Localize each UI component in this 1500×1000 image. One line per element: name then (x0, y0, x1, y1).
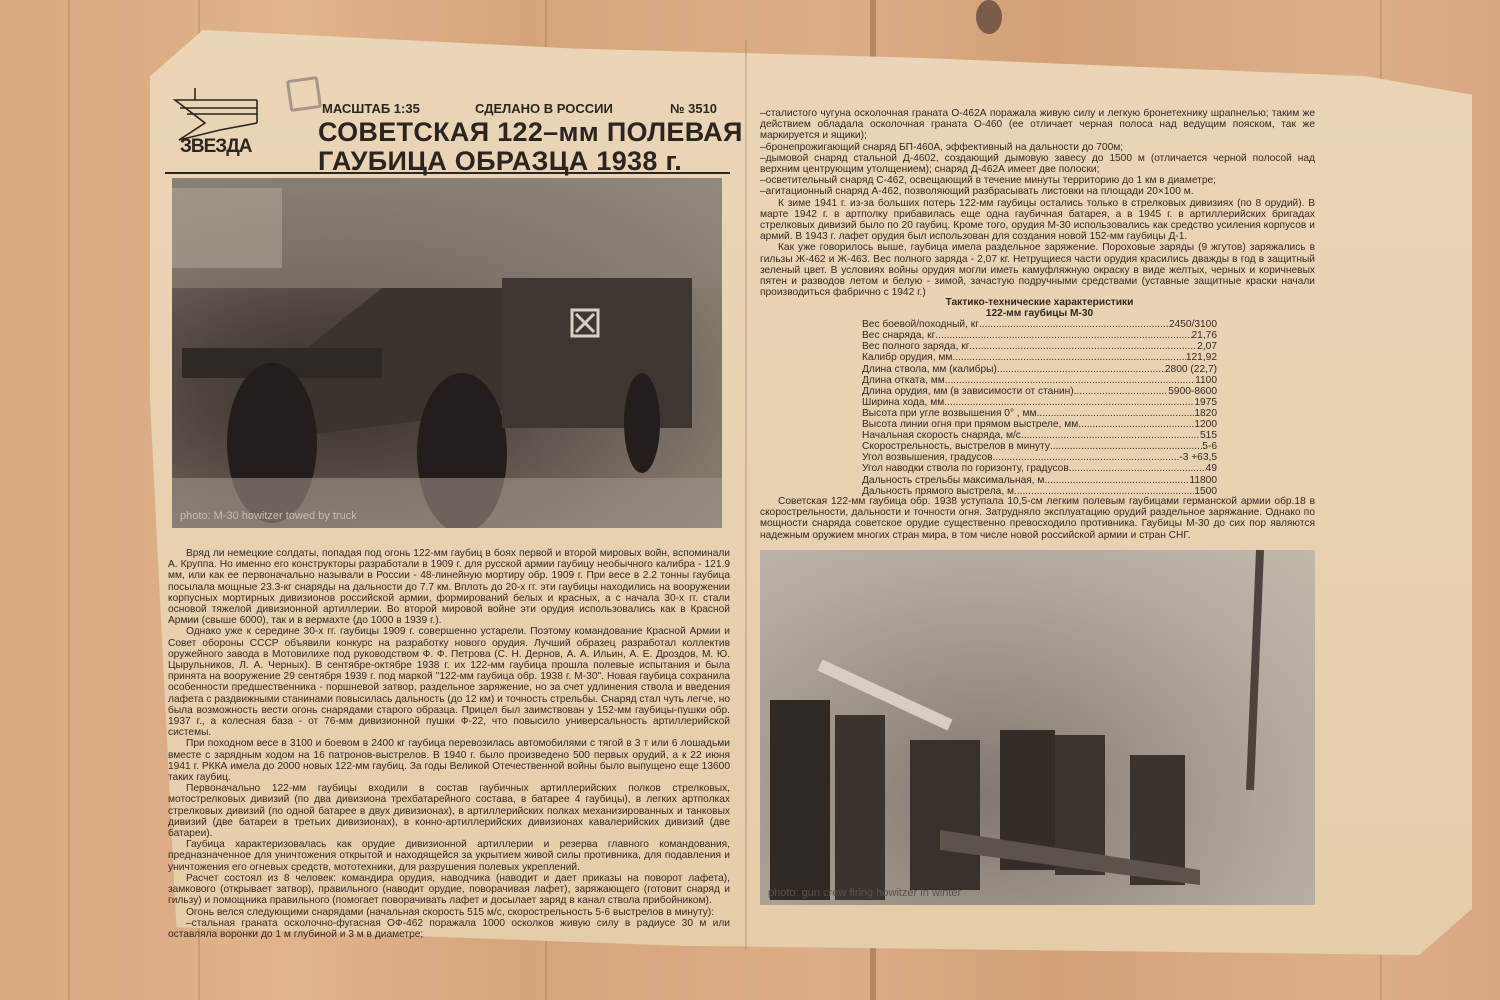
paragraph: Гаубица характеризовалась как орудие див… (168, 839, 730, 873)
leader-dots (945, 375, 1195, 386)
leader-dots (1050, 441, 1202, 452)
spec-value: 121,92 (1186, 352, 1217, 363)
paragraph: Вряд ли немецкие солдаты, попадая под ог… (168, 548, 730, 626)
spec-row: Длина ствола, мм (калибры)2800 (22,7) (862, 364, 1217, 375)
photo-gun-crew: photo: gun crew firing howitzer in winte… (760, 550, 1315, 905)
spec-row: Начальная скорость снаряда, м/с515 (862, 430, 1217, 441)
scale-label: МАСШТАБ 1:35 (322, 101, 420, 116)
spec-row: Вес боевой/походный, кг2450/3100 (862, 319, 1217, 330)
leader-dots (944, 397, 1194, 408)
paragraph: –агитационный снаряд А-462, позволяющий … (760, 186, 1315, 197)
spec-row: Вес снаряда, кг21,76 (862, 330, 1217, 341)
specifications-table: Тактико-технические характеристики 122-м… (862, 297, 1217, 497)
specs-rows: Вес боевой/походный, кг2450/3100Вес снар… (862, 319, 1217, 497)
spec-value: 2,07 (1197, 341, 1217, 352)
stamp-mark (286, 76, 322, 112)
spec-label: Ширина хода, мм (862, 397, 944, 408)
spec-label: Начальная скорость снаряда, м/с (862, 430, 1021, 441)
paragraph: Как уже говорилось выше, гаубица имела р… (760, 242, 1315, 298)
spec-label: Дальность стрельбы максимальная, м (862, 475, 1044, 486)
spec-row: Высота линии огня при прямом выстреле, м… (862, 419, 1217, 430)
leader-dots (993, 452, 1180, 463)
leader-dots (1037, 408, 1195, 419)
sheet-fold (745, 40, 747, 950)
leader-dots (1074, 386, 1169, 397)
spec-value: 5-6 (1202, 441, 1217, 452)
spec-value: 21,76 (1192, 330, 1218, 341)
spec-label: Калибр орудия, мм (862, 352, 952, 363)
history-text-left: Вряд ли немецкие солдаты, попадая под ог… (168, 548, 730, 940)
paragraph: –дымовой снаряд стальной Д-4602, создающ… (760, 153, 1315, 175)
spec-row: Дальность стрельбы максимальная, м11800 (862, 475, 1217, 486)
spec-value: 1100 (1195, 375, 1217, 386)
spec-label: Высота линии огня при прямом выстреле, м… (862, 419, 1078, 430)
paragraph: Огонь велся следующими снарядами (началь… (168, 907, 730, 918)
specs-title-1: Тактико-технические характеристики (862, 297, 1217, 308)
spec-row: Ширина хода, мм1975 (862, 397, 1217, 408)
wood-knot (976, 0, 1002, 34)
paragraph: –стальная граната осколочно-фугасная ОФ-… (168, 918, 730, 940)
paragraph: –бронепрожигающий снаряд БП-460А, эффект… (760, 142, 1315, 153)
spec-row: Скорострельность, выстрелов в минуту5-6 (862, 441, 1217, 452)
comparison-text: Советская 122-мм гаубица обр. 1938 уступ… (760, 496, 1315, 541)
title-line-1: СОВЕТСКАЯ 122–мм ПОЛЕВАЯ (318, 118, 743, 147)
spec-label: Длина орудия, мм (в зависимости от стани… (862, 386, 1074, 397)
spec-value: 5900-8600 (1168, 386, 1217, 397)
paragraph: При походном весе в 3100 и боевом в 2400… (168, 738, 730, 783)
photo-howitzer-towed: photo: M-30 howitzer towed by truck (172, 178, 722, 528)
leader-dots (1078, 419, 1194, 430)
spec-value: 1820 (1194, 408, 1217, 419)
spec-row: Угол наводки ствола по горизонту, градус… (862, 463, 1217, 474)
spec-value: 11800 (1189, 475, 1217, 486)
photo-1-alt: photo: M-30 howitzer towed by truck (180, 510, 357, 522)
kit-number: № 3510 (670, 101, 717, 116)
brand-name: ЗВЕЗДА (180, 136, 251, 158)
spec-value: 1200 (1194, 419, 1217, 430)
header-rule (165, 172, 730, 174)
leader-dots (969, 341, 1197, 352)
leader-dots (935, 330, 1191, 341)
paragraph: Однако уже к середине 30-х гг. гаубицы 1… (168, 626, 730, 738)
leader-dots (1069, 463, 1206, 474)
paragraph: Расчет состоял из 8 человек: командира о… (168, 873, 730, 907)
spec-label: Угол наводки ствола по горизонту, градус… (862, 463, 1069, 474)
spec-row: Вес полного заряда, кг2,07 (862, 341, 1217, 352)
spec-value: 49 (1206, 463, 1217, 474)
spec-label: Угол возвышения, градусов (862, 452, 993, 463)
spec-value: 2450/3100 (1169, 319, 1217, 330)
specs-title-2: 122-мм гаубицы М-30 (862, 308, 1217, 319)
spec-row: Угол возвышения, градусов-3 +63,5 (862, 452, 1217, 463)
spec-label: Вес боевой/походный, кг (862, 319, 979, 330)
paragraph: Первоначально 122-мм гаубицы входили в с… (168, 783, 730, 839)
leader-dots (997, 364, 1165, 375)
wood-grain (68, 0, 70, 1000)
spec-row: Высота при угле возвышения 0° , мм1820 (862, 408, 1217, 419)
paragraph: К зиме 1941 г. из-за больших потерь 122-… (760, 198, 1315, 243)
spec-label: Вес полного заряда, кг (862, 341, 969, 352)
spec-label: Вес снаряда, кг (862, 330, 935, 341)
history-text-right: –сталистого чугуна осколочная граната О-… (760, 108, 1315, 298)
gun-crew-silhouette-icon (760, 550, 1315, 905)
spec-value: 1975 (1194, 397, 1217, 408)
spec-value: -3 +63,5 (1179, 452, 1217, 463)
spec-value: 2800 (22,7) (1165, 364, 1217, 375)
spec-label: Высота при угле возвышения 0° , мм (862, 408, 1037, 419)
spec-row: Калибр орудия, мм121,92 (862, 352, 1217, 363)
howitzer-silhouette-icon (172, 178, 722, 528)
spec-value: 515 (1200, 430, 1217, 441)
spec-row: Длина орудия, мм (в зависимости от стани… (862, 386, 1217, 397)
paragraph: Советская 122-мм гаубица обр. 1938 уступ… (760, 496, 1315, 541)
leader-dots (979, 319, 1169, 330)
spec-label: Длина ствола, мм (калибры) (862, 364, 997, 375)
leader-dots (1021, 430, 1200, 441)
made-in-label: СДЕЛАНО В РОССИИ (475, 101, 613, 116)
page-title: СОВЕТСКАЯ 122–мм ПОЛЕВАЯ ГАУБИЦА ОБРАЗЦА… (318, 118, 743, 176)
spec-label: Длина отката, мм (862, 375, 945, 386)
spec-label: Скорострельность, выстрелов в минуту (862, 441, 1050, 452)
paragraph: –осветительный снаряд С-462, освещающий … (760, 175, 1315, 186)
leader-dots (952, 352, 1185, 363)
zvezda-logo: ЗВЕЗДА (165, 78, 275, 163)
spec-row: Длина отката, мм1100 (862, 375, 1217, 386)
leader-dots (1044, 475, 1189, 486)
photo-2-alt: photo: gun crew firing howitzer in winte… (768, 887, 961, 899)
paragraph: –сталистого чугуна осколочная граната О-… (760, 108, 1315, 142)
